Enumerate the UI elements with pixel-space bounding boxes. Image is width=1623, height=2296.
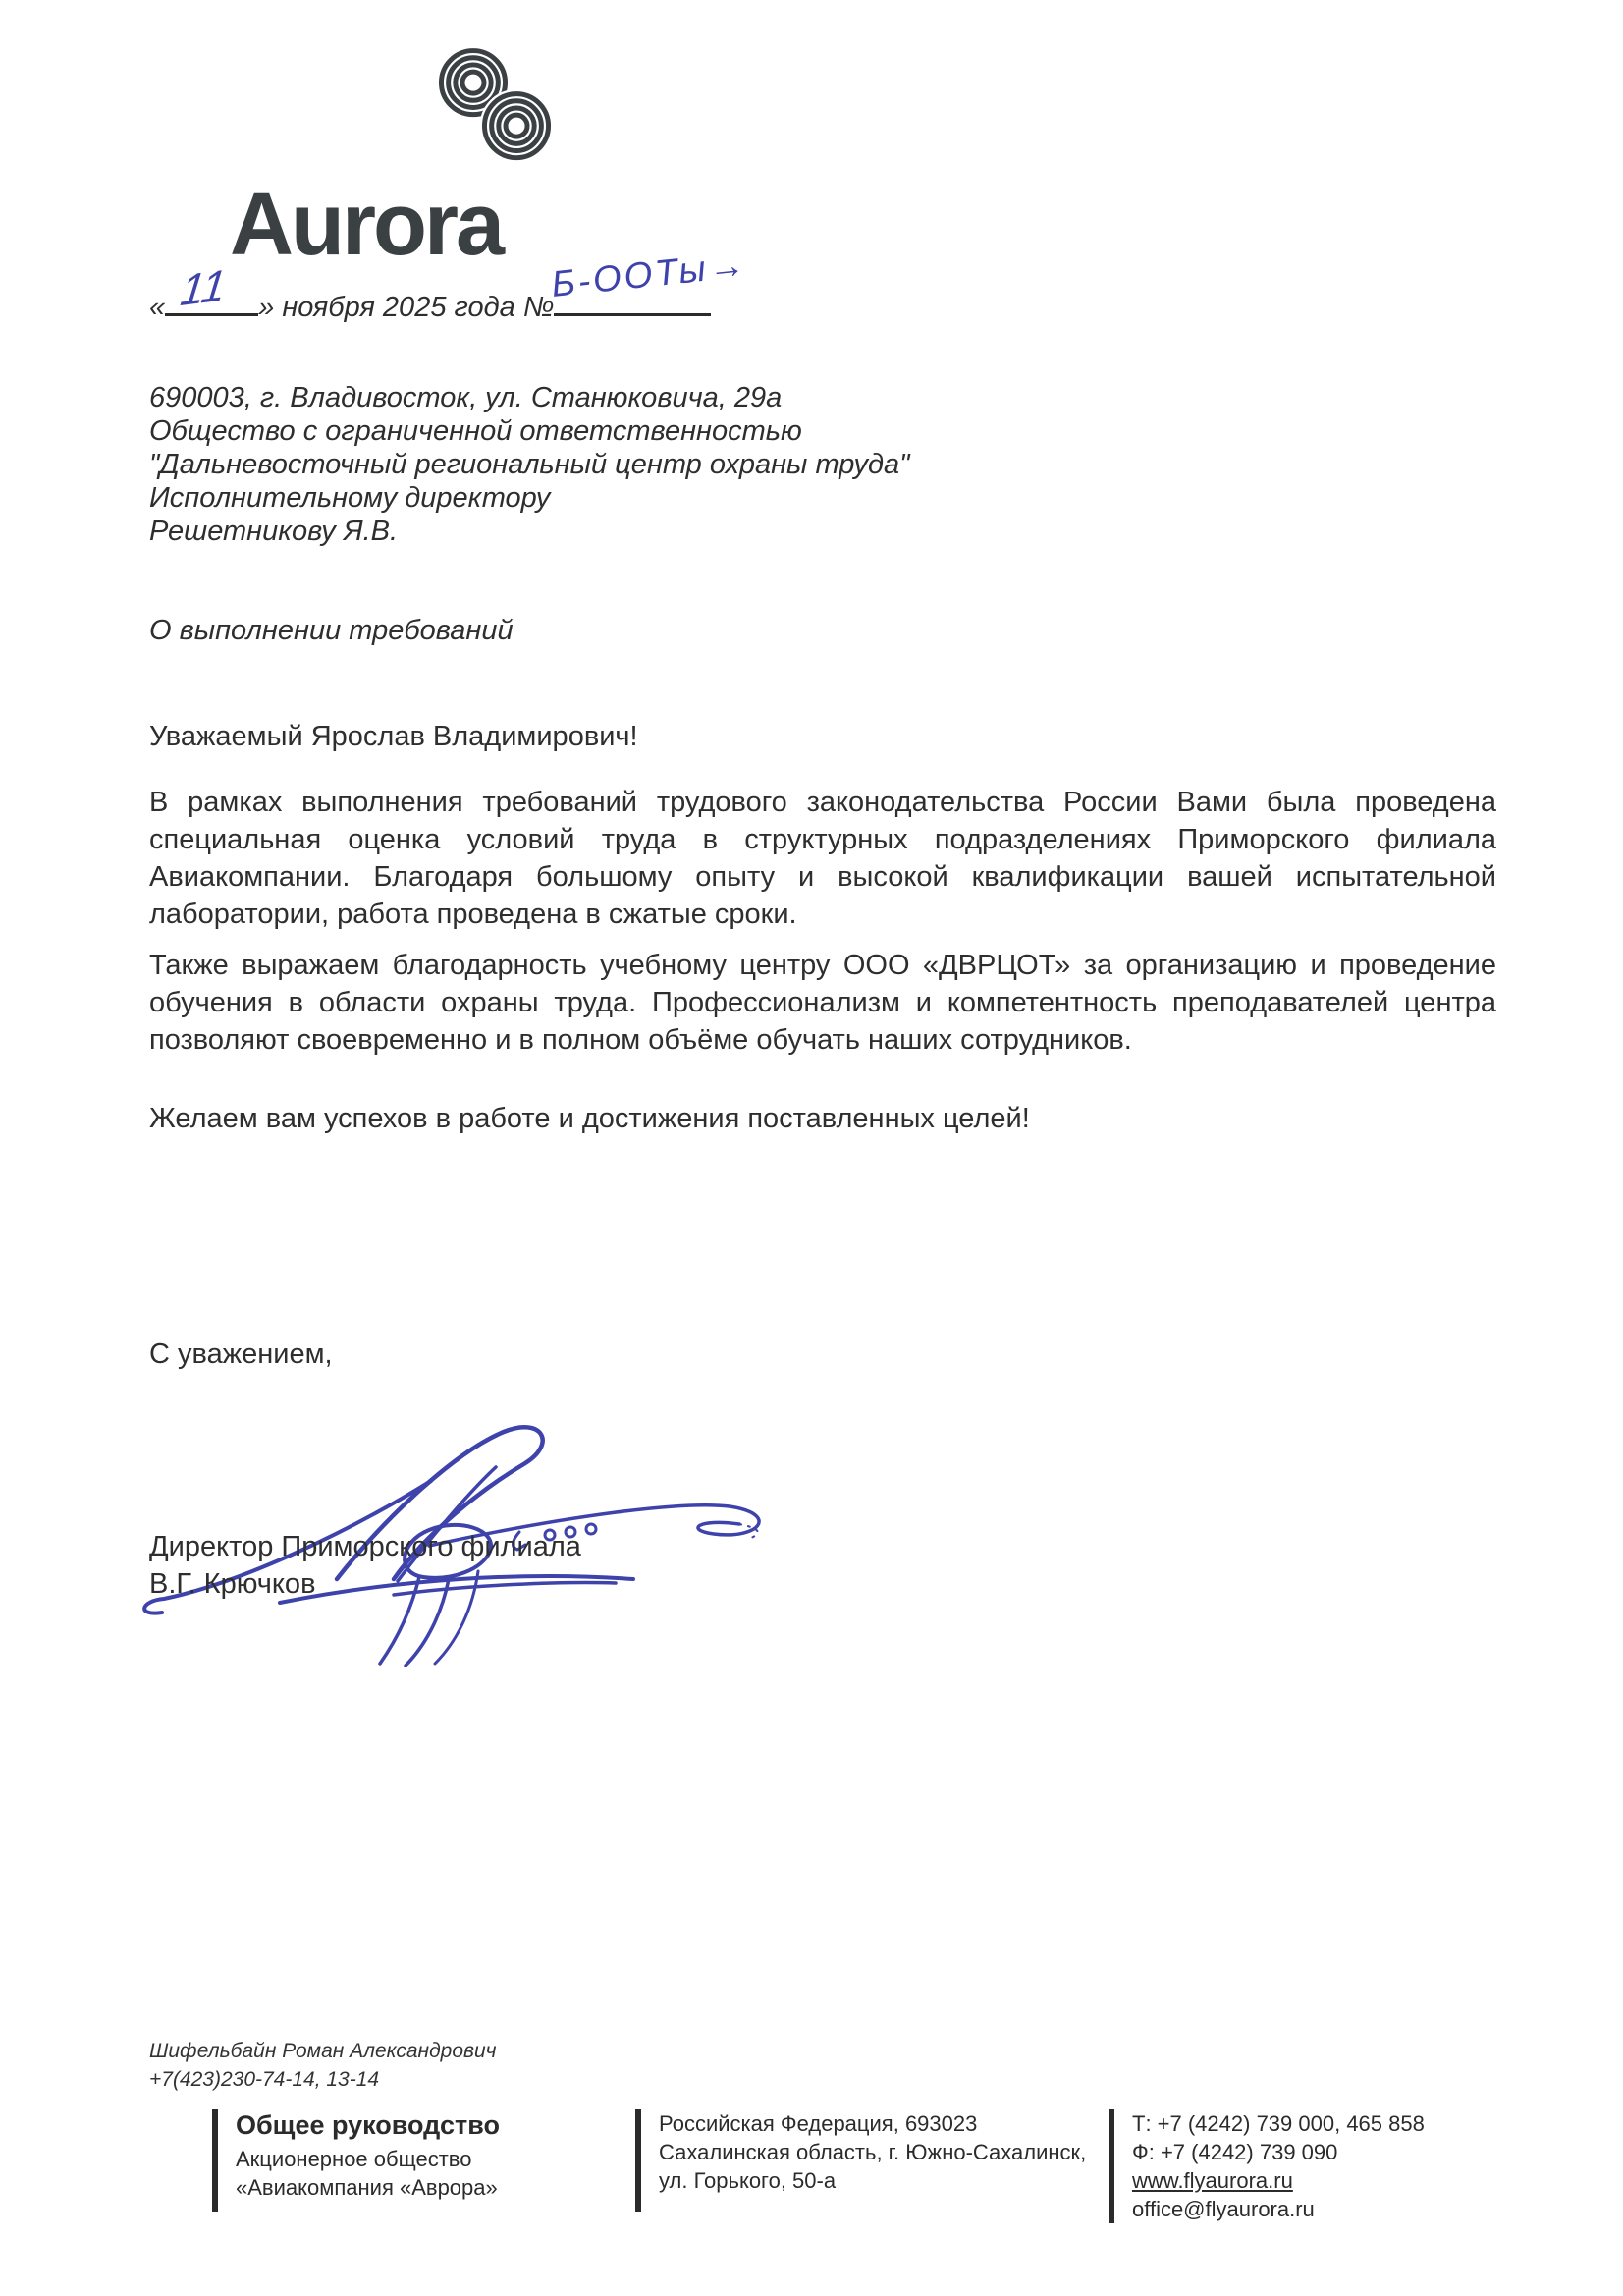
letter-body: Уважаемый Ярослав Владимирович! В рамках… — [149, 718, 1496, 1137]
spiral-bottom-right — [484, 94, 548, 158]
day-underline: 11 — [165, 303, 258, 316]
footer-email: office@flyaurora.ru — [1132, 2195, 1425, 2223]
recipient-line: Решетникову Я.В. — [149, 515, 909, 548]
footer-col2-line: Сахалинская область, г. Южно-Сахалинск, — [659, 2138, 1086, 2166]
footer-column-management: Общее руководство Акционерное общество «… — [212, 2109, 500, 2212]
subject-line: О выполнении требований — [149, 615, 514, 647]
aurora-wordmark: Aurora — [230, 175, 502, 276]
footer-column-address: Российская Федерация, 693023 Сахалинская… — [635, 2109, 1086, 2212]
letter-page: Aurora «11» ноября 2025 года №Б-ООТы→ 69… — [0, 0, 1623, 2296]
closing-salutation: С уважением, — [149, 1339, 333, 1371]
footer-phone-line: Т: +7 (4242) 739 000, 465 858 — [1132, 2109, 1425, 2138]
signer-block: Директор Приморского филиала В.Г. Крючко… — [149, 1528, 581, 1603]
signature-autograph — [103, 1377, 771, 1671]
greeting: Уважаемый Ярослав Владимирович! — [149, 718, 1496, 755]
date-line: «11» ноября 2025 года №Б-ООТы→ — [149, 292, 711, 324]
recipient-block: 690003, г. Владивосток, ул. Станюковича,… — [149, 381, 909, 548]
footer-fax-line: Ф: +7 (4242) 739 090 — [1132, 2138, 1425, 2166]
aurora-spiral-icon — [429, 41, 561, 173]
date-text: » ноября 2025 года № — [258, 292, 554, 323]
number-underline: Б-ООТы→ — [554, 303, 711, 316]
date-open-quote: « — [149, 292, 165, 323]
executor-phone: +7(423)230-74-14, 13-14 — [149, 2065, 497, 2094]
footer-col2-line: Российская Федерация, 693023 — [659, 2109, 1086, 2138]
recipient-line: 690003, г. Владивосток, ул. Станюковича,… — [149, 381, 909, 414]
footer-col1-line: «Авиакомпания «Аврора» — [236, 2173, 500, 2202]
handwritten-day: 11 — [178, 261, 229, 317]
paragraph-1: В рамках выполнения требований трудового… — [149, 784, 1496, 933]
handwritten-number: Б-ООТы→ — [550, 244, 750, 305]
executor-block: Шифельбайн Роман Александрович +7(423)23… — [149, 2037, 497, 2094]
footer-column-contacts: Т: +7 (4242) 739 000, 465 858 Ф: +7 (424… — [1109, 2109, 1425, 2223]
signer-name: В.Г. Крючков — [149, 1565, 581, 1603]
wish-line: Желаем вам успехов в работе и достижения… — [149, 1100, 1496, 1137]
footer-col2-line: ул. Горького, 50-а — [659, 2166, 1086, 2195]
recipient-line: Исполнительному директору — [149, 481, 909, 515]
signer-title: Директор Приморского филиала — [149, 1528, 581, 1565]
executor-name: Шифельбайн Роман Александрович — [149, 2037, 497, 2065]
footer-website: www.flyaurora.ru — [1132, 2166, 1425, 2195]
footer-col1-line: Акционерное общество — [236, 2145, 500, 2173]
paragraph-2: Также выражаем благодарность учебному це… — [149, 947, 1496, 1059]
recipient-line: Общество с ограниченной ответственностью — [149, 414, 909, 448]
footer-col1-title: Общее руководство — [236, 2109, 500, 2141]
recipient-line: "Дальневосточный региональный центр охра… — [149, 448, 909, 481]
